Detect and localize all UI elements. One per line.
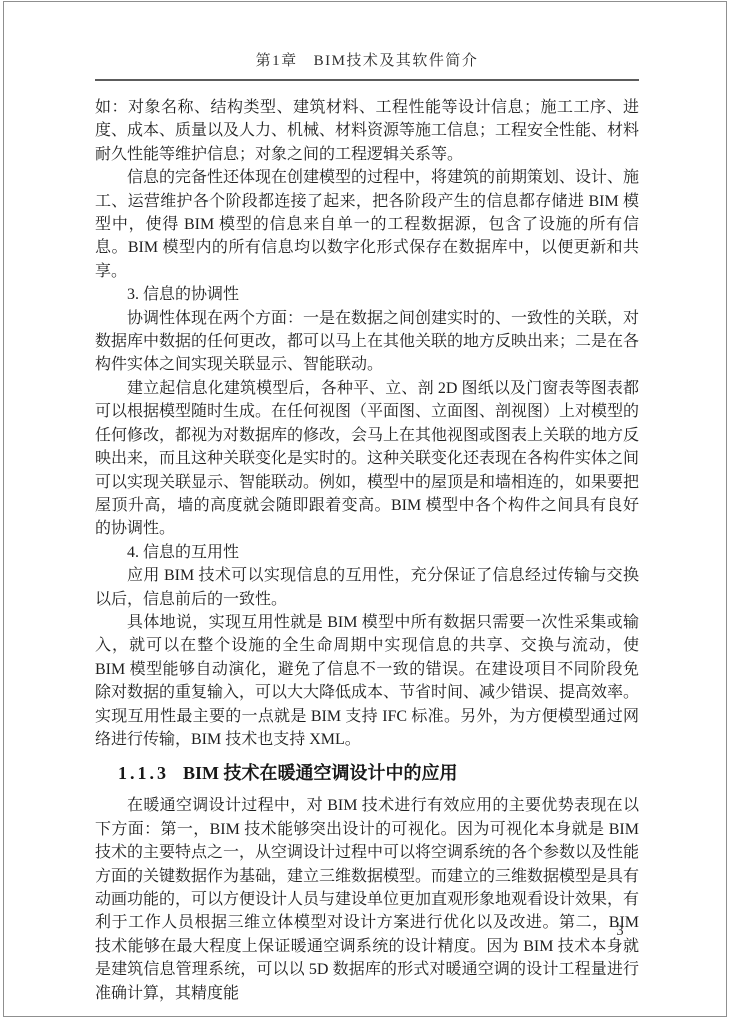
chapter-title: BIM技术及其软件简介	[314, 53, 479, 69]
paragraph: 在暖通空调设计过程中，对 BIM 技术进行有效应用的主要优势表现在以下方面：第一…	[95, 794, 639, 1005]
paragraph: 应用 BIM 技术可以实现信息的互用性，充分保证了信息经过传输与交换以后，信息前…	[95, 564, 639, 611]
page-number: 3	[606, 923, 634, 940]
page-content: 第1章BIM技术及其软件简介 如：对象名称、结构类型、建筑材料、工程性能等设计信…	[95, 0, 639, 1005]
numbered-subheading: 3. 信息的协调性	[95, 283, 639, 306]
section-title: BIM 技术在暖通空调设计中的应用	[183, 763, 458, 783]
body-text: 如：对象名称、结构类型、建筑材料、工程性能等设计信息；施工工序、进度、成本、质量…	[95, 96, 639, 1005]
header-rule	[95, 79, 639, 81]
paragraph: 信息的完备性还体现在创建模型的过程中，将建筑的前期策划、设计、施工、运营维护各个…	[95, 166, 639, 283]
paragraph: 建立起信息化建筑模型后，各种平、立、剖 2D 图纸以及门窗表等图表都可以根据模型…	[95, 377, 639, 541]
section-heading: 1.1.3BIM 技术在暖通空调设计中的应用	[95, 761, 639, 786]
paragraph: 具体地说，实现互用性就是 BIM 模型中所有数据只需要一次性采集或输入，就可以在…	[95, 611, 639, 751]
paragraph: 协调性体现在两个方面：一是在数据之间创建实时的、一致性的关联，对数据库中数据的任…	[95, 307, 639, 377]
chapter-label: 第1章	[256, 53, 298, 69]
book-page: 第1章BIM技术及其软件简介 如：对象名称、结构类型、建筑材料、工程性能等设计信…	[0, 0, 730, 1020]
paragraph: 如：对象名称、结构类型、建筑材料、工程性能等设计信息；施工工序、进度、成本、质量…	[95, 96, 639, 166]
running-header: 第1章BIM技术及其软件简介	[95, 51, 639, 72]
section-number: 1.1.3	[118, 763, 169, 783]
numbered-subheading: 4. 信息的互用性	[95, 541, 639, 564]
